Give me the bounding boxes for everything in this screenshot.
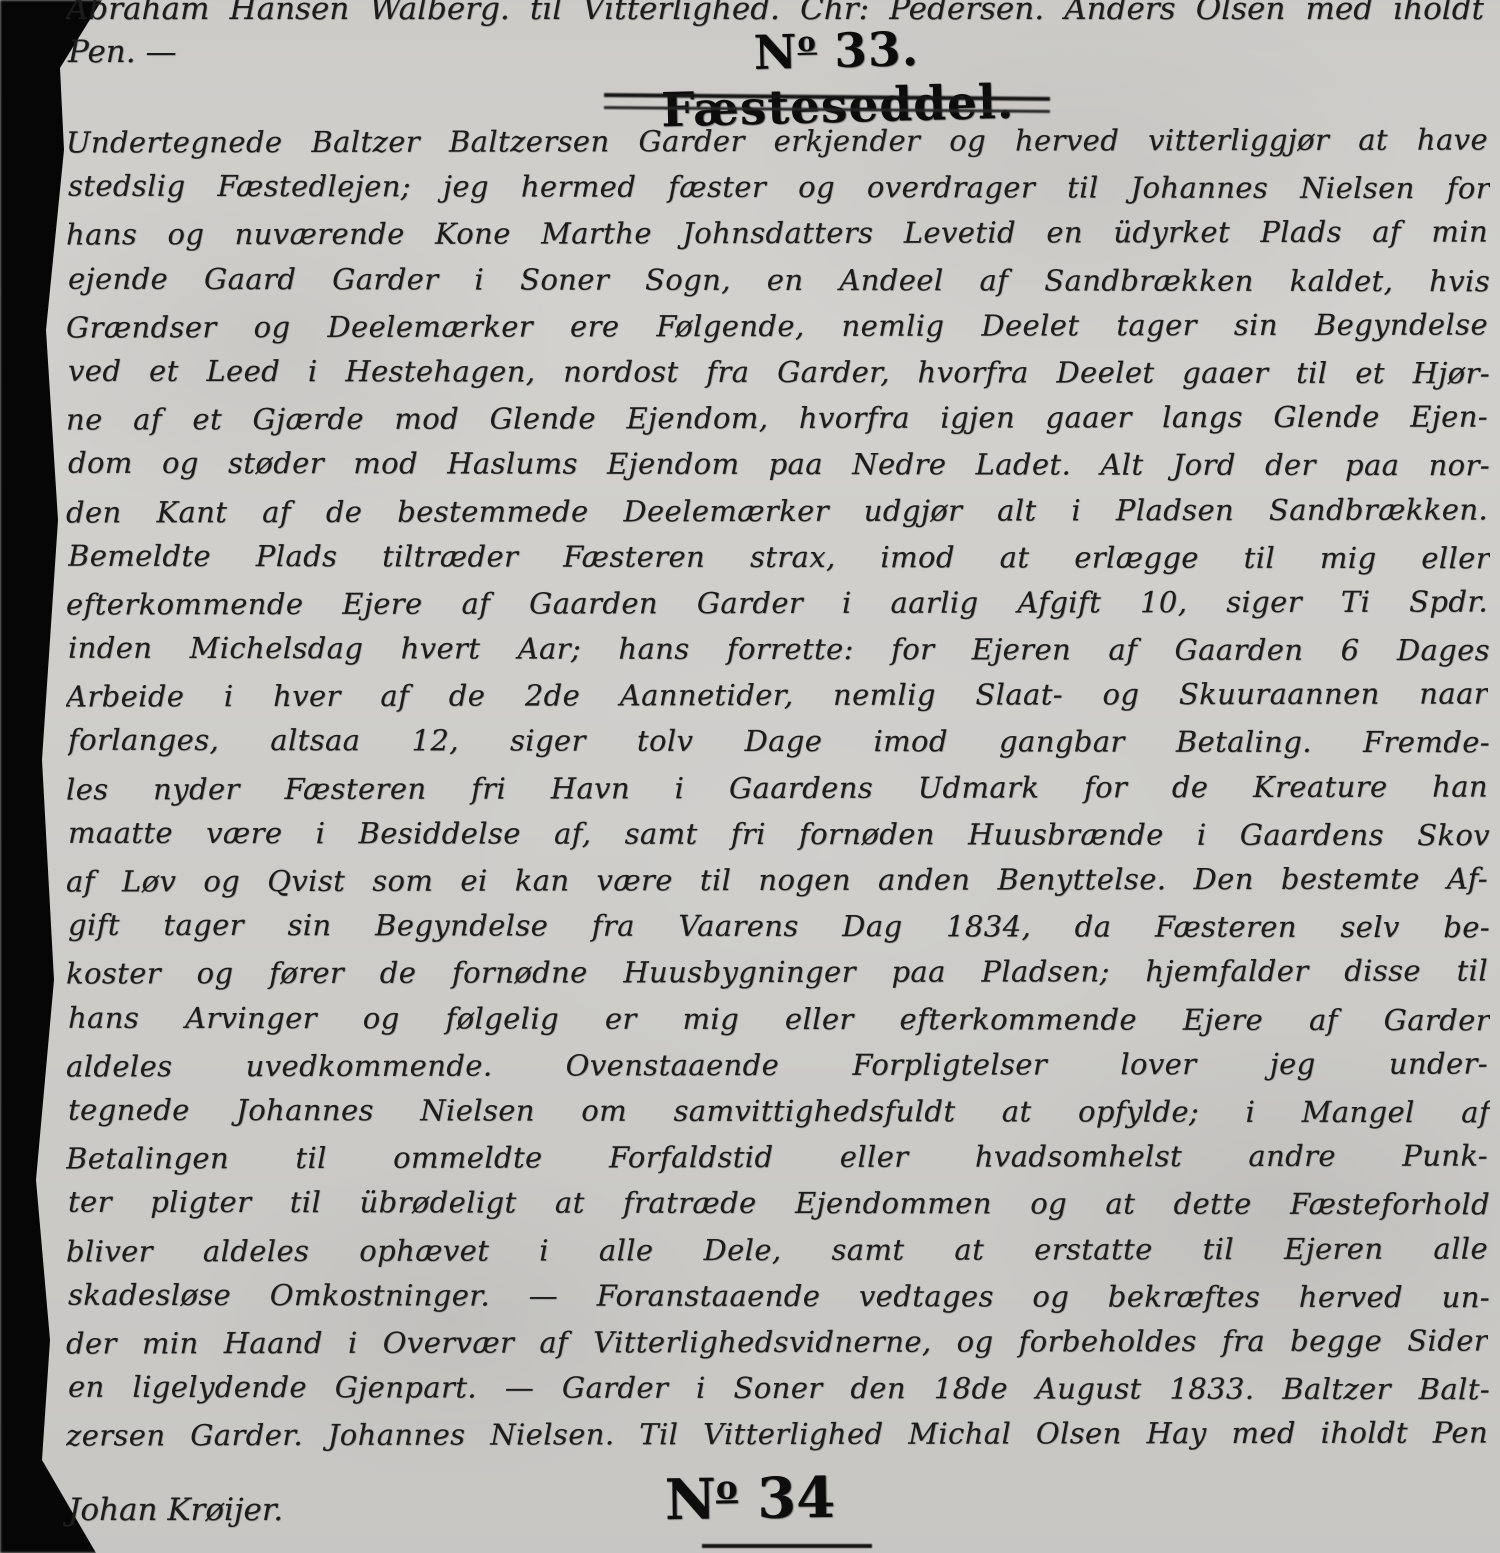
text-line: ne af et Gjærde mod Glende Ejendom, hvor… xyxy=(66,394,1488,443)
text-line: inden Michelsdag hvert Aar; hans forrett… xyxy=(68,625,1490,674)
text-line: koster og fører de fornødne Huusbygninge… xyxy=(66,948,1488,997)
text-line: af Løv og Qvist som ei kan være til noge… xyxy=(66,856,1488,905)
text-line: les nyder Fæsteren fri Havn i Gaardens U… xyxy=(66,763,1488,812)
text-line: en ligelydende Gjenpart. — Garder i Sone… xyxy=(68,1364,1490,1413)
text-line: tegnede Johannes Nielsen om samvittighed… xyxy=(68,1087,1490,1136)
title-number: 33. xyxy=(834,22,920,79)
text-line: der min Haand i Overvær af Vitterligheds… xyxy=(66,1317,1488,1366)
text-line: aldeles uvedkommende. Ovenstaaende Forpl… xyxy=(66,1040,1488,1089)
text-line: Bemeldte Plads tiltræder Fæsteren strax,… xyxy=(68,532,1490,581)
document-body: Undertegnede Baltzer Baltzersen Garder e… xyxy=(66,118,1488,1457)
text-line: ejende Gaard Garder i Soner Sogn, en And… xyxy=(68,255,1490,304)
text-line: stedslig Fæstedlejen; jeg hermed fæster … xyxy=(68,163,1490,212)
text-line: bliver aldeles ophævet i alle Dele, samt… xyxy=(66,1225,1488,1274)
text-line: dom og støder mod Haslums Ejendom paa Ne… xyxy=(68,440,1490,489)
text-line: ved et Leed i Hestehagen, nordost fra Ga… xyxy=(68,348,1490,397)
footer-number: 34 xyxy=(757,1465,836,1532)
text-line: hans og nuværende Kone Marthe Johnsdatte… xyxy=(66,209,1488,258)
previous-entry-tail: Pen. — xyxy=(68,34,177,70)
text-line: skadesløse Omkostninger. — Foranstaaende… xyxy=(68,1271,1490,1320)
footer-no-superscript: o xyxy=(716,1469,738,1507)
text-line: den Kant af de bestemmede Deelemærker ud… xyxy=(66,486,1488,535)
text-line: forlanges, altsaa 12, siger tolv Dage im… xyxy=(68,717,1490,766)
text-line: Arbeide i hver af de 2de Aannetider, nem… xyxy=(66,671,1488,720)
next-document-heading: No 34 xyxy=(0,1456,1500,1543)
footer-no-letter: N xyxy=(664,1466,716,1533)
text-line: hans Arvinger og følgelig er mig eller e… xyxy=(68,994,1490,1043)
text-line: maatte være i Besiddelse af, samt fri fo… xyxy=(68,810,1490,859)
text-line: Grændser og Deelemærker ere Følgende, ne… xyxy=(66,301,1488,350)
text-line: gift tager sin Begyndelse fra Vaarens Da… xyxy=(68,902,1490,951)
title-no-letter: N xyxy=(753,25,798,81)
document-scan-page: Abraham Hansen Walberg. til Vitterlighed… xyxy=(0,0,1500,1553)
text-line: zersen Garder. Johannes Nielsen. Til Vit… xyxy=(66,1410,1488,1459)
document-title: No 33. Fæsteseddel. xyxy=(597,18,1078,140)
text-line: efterkommende Ejere af Gaarden Garder i … xyxy=(66,578,1488,627)
footer-double-underline xyxy=(702,1544,872,1553)
text-line: Betalingen til ommeldte Forfaldstid elle… xyxy=(66,1133,1488,1182)
text-line: ter pligter til übrødeligt at fratræde E… xyxy=(68,1179,1490,1228)
title-no-superscript: o xyxy=(797,26,817,58)
